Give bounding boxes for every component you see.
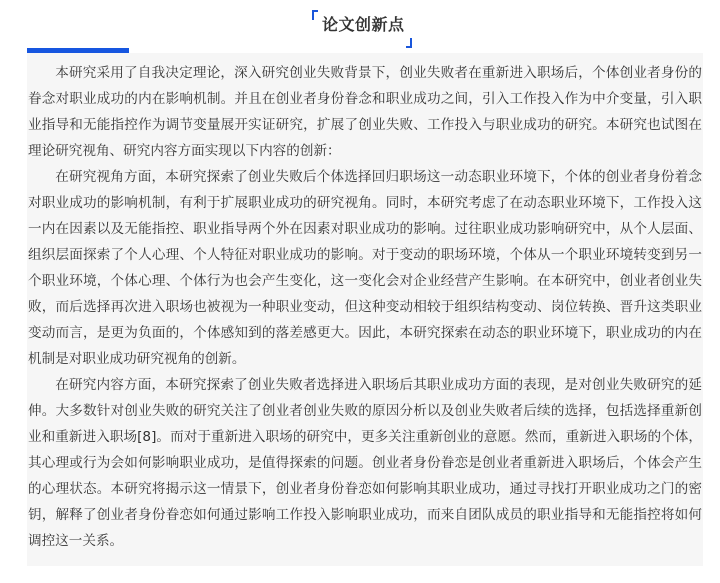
paragraph-intro: 本研究采用了自我决定理论，深入研究创业失败背景下，创业失败者在重新进入职场后，个… <box>28 60 702 164</box>
paragraph-research-perspective: 在研究视角方面，本研究探索了创业失败后个体选择回归职场这一动态职业环境下，个体的… <box>28 164 702 372</box>
section-title: 论文创新点 <box>322 12 405 35</box>
close-bracket-icon <box>406 38 412 48</box>
open-bracket-icon <box>312 10 318 20</box>
article-body: 本研究采用了自我决定理论，深入研究创业失败背景下，创业失败者在重新进入职场后，个… <box>28 60 702 554</box>
paragraph-research-content: 在研究内容方面，本研究探索了创业失败者选择进入职场后其职业成功方面的表现，是对创… <box>28 372 702 554</box>
